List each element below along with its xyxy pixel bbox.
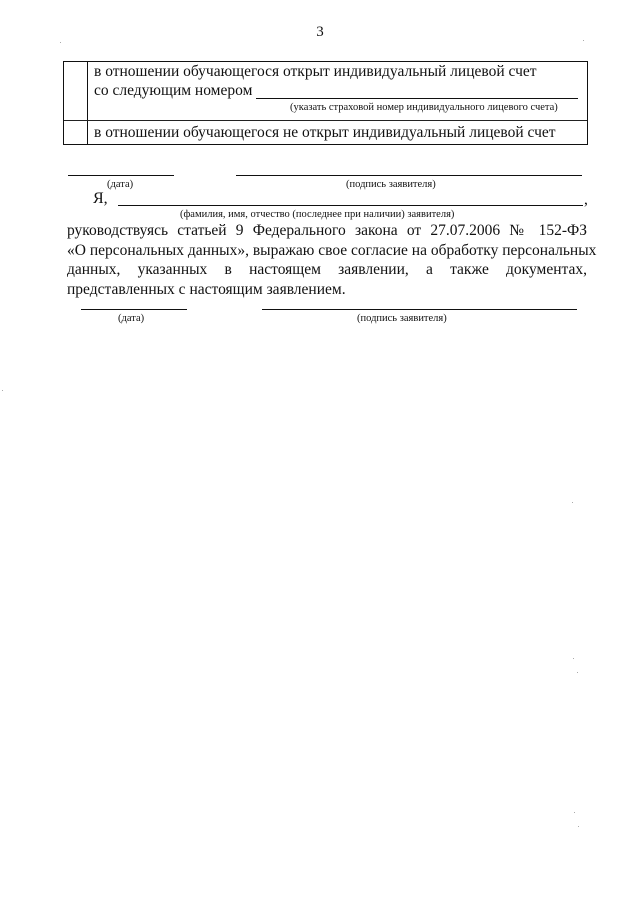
scan-speck: [2, 390, 3, 391]
option-account-opened-line1: в отношении обучающегося открыт индивиду…: [94, 62, 537, 81]
scan-speck: [583, 40, 584, 41]
consent-line-1: руководствуясь статьей 9 Федерального за…: [67, 221, 587, 241]
account-status-table: в отношении обучающегося открыт индивиду…: [63, 61, 588, 145]
option-account-opened-line2-prefix: со следующим номером: [94, 81, 252, 100]
checkbox-account-not-opened[interactable]: [64, 121, 87, 145]
scan-speck: [573, 658, 574, 659]
consent-line-4: представленных с настоящим заявлением.: [67, 280, 587, 300]
snils-number-field[interactable]: [256, 98, 578, 99]
scan-speck: [60, 42, 61, 43]
page-number: 3: [0, 24, 640, 41]
date-caption-1: (дата): [107, 179, 133, 191]
fio-field[interactable]: [118, 205, 583, 206]
date-caption-2: (дата): [118, 313, 144, 325]
fio-trailing-comma: ,: [584, 190, 588, 210]
fio-caption: (фамилия, имя, отчество (последнее при н…: [180, 209, 454, 221]
ya-label: Я,: [93, 189, 108, 209]
scan-speck: [577, 672, 578, 673]
consent-line-2: «О персональных данных», выражаю свое со…: [67, 241, 587, 261]
signature-field-2[interactable]: [262, 309, 577, 310]
checkbox-account-opened[interactable]: [64, 62, 87, 120]
signature-field-1[interactable]: [236, 175, 582, 176]
table-row-divider: [64, 120, 587, 121]
option-account-not-opened: в отношении обучающегося не открыт индив…: [94, 123, 556, 142]
consent-paragraph: руководствуясь статьей 9 Федерального за…: [67, 221, 587, 299]
consent-line-3: данных, указанных в настоящем заявлении,…: [67, 260, 587, 280]
snils-number-caption: (указать страховой номер индивидуального…: [290, 102, 558, 114]
table-column-divider: [87, 62, 88, 144]
date-field-1[interactable]: [68, 175, 174, 176]
date-field-2[interactable]: [81, 309, 187, 310]
signature-caption-2: (подпись заявителя): [357, 313, 447, 325]
scan-speck: [572, 502, 573, 503]
scan-speck: [578, 826, 579, 827]
signature-caption-1: (подпись заявителя): [346, 179, 436, 191]
scan-speck: [574, 812, 575, 813]
